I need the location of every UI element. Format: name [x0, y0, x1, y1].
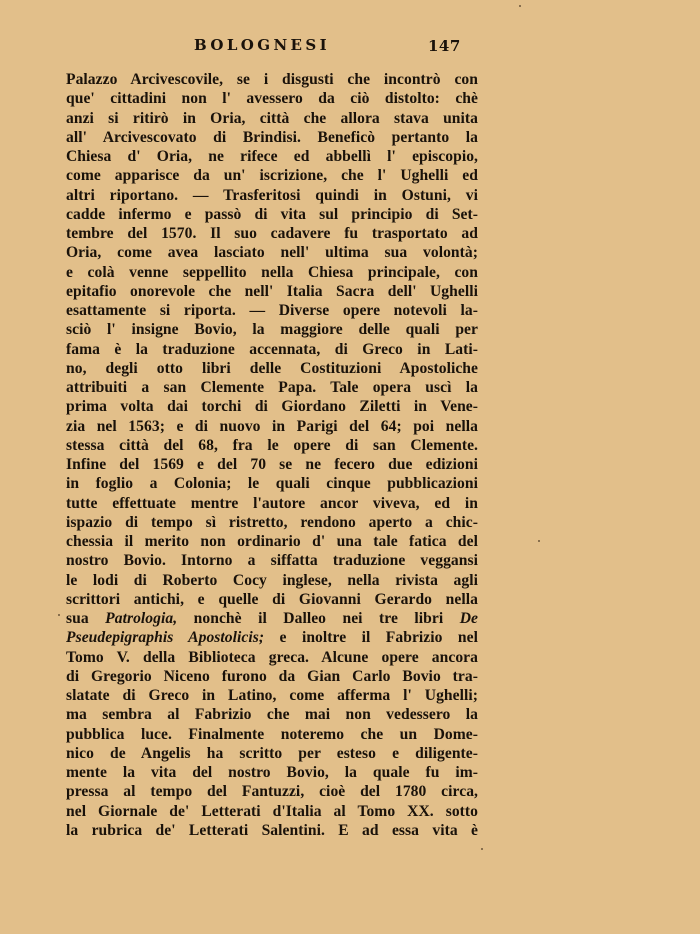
text-line-with-italics: sua Patrologia, nonchè il Dalleo nei tre…: [66, 609, 478, 628]
text-line: chessia il merito non ordinario d' una t…: [66, 532, 478, 551]
italic-title-pseudepigraphis: Pseudepigraphis Apostolicis;: [66, 629, 264, 646]
text-line: epitafio onorevole che nell' Italia Sacr…: [66, 282, 478, 301]
text-line: zia nel 1563; e di nuovo in Parigi del 6…: [66, 417, 478, 436]
paper-speck: [481, 848, 483, 850]
paper-speck: [519, 5, 521, 7]
text-line: pubblica luce. Finalmente noteremo che u…: [66, 725, 478, 744]
text-line: in foglio a Colonia; le quali cinque pub…: [66, 474, 478, 493]
text-line: scrittori antichi, e quelle di Giovanni …: [66, 590, 478, 609]
text-line: di Gregorio Niceno furono da Gian Carlo …: [66, 667, 478, 686]
text-line: nico de Angelis ha scritto per esteso e …: [66, 744, 478, 763]
text-line: Palazzo Arcivescovile, se i disgusti che…: [66, 70, 478, 89]
text-line: mente la vita del nostro Bovio, la quale…: [66, 763, 478, 782]
text-run: nonchè il Dalleo nei tre libri: [177, 610, 460, 627]
text-line: que' cittadini non l' avessero da ciò di…: [66, 89, 478, 108]
italic-title-patrologia: Patrologia,: [105, 610, 177, 627]
text-line: no, degli otto libri delle Costituzioni …: [66, 359, 478, 378]
text-line: attribuiti a san Clemente Papa. Tale ope…: [66, 378, 478, 397]
book-page: BOLOGNESI 147 Palazzo Arcivescovile, se …: [0, 0, 700, 934]
text-line: Tomo V. della Biblioteca greca. Alcune o…: [66, 648, 478, 667]
text-line: tutte effettuate mentre l'autore ancor v…: [66, 494, 478, 513]
text-line-with-italics: Pseudepigraphis Apostolicis; e inoltre i…: [66, 628, 478, 647]
text-line: la rubrica de' Letterati Salentini. E ad…: [66, 821, 478, 840]
text-line: Oria, come avea lasciato nell' ultima su…: [66, 243, 478, 262]
text-line: slatate di Greco in Latino, come afferma…: [66, 686, 478, 705]
text-line: Infine del 1569 e del 70 se ne fecero du…: [66, 455, 478, 474]
paper-speck: [58, 614, 60, 616]
text-line: nel Giornale de' Letterati d'Italia al T…: [66, 802, 478, 821]
text-line: le lodi di Roberto Cocy inglese, nella r…: [66, 571, 478, 590]
running-head: BOLOGNESI 147: [66, 36, 476, 60]
page-number: 147: [428, 37, 461, 55]
text-line: sciò l' insigne Bovio, la maggiore delle…: [66, 320, 478, 339]
text-line: ma sembra al Fabrizio che mai non vedess…: [66, 705, 478, 724]
paper-speck: [538, 540, 540, 542]
text-run: sua: [66, 610, 105, 627]
text-line: all' Arcivescovato di Brindisi. Beneficò…: [66, 128, 478, 147]
text-line: nostro Bovio. Intorno a siffatta traduzi…: [66, 551, 478, 570]
text-line: pressa al tempo del Fantuzzi, cioè del 1…: [66, 782, 478, 801]
text-line: cadde infermo e passò di vita sul princi…: [66, 205, 478, 224]
text-line: stessa città del 68, fra le opere di san…: [66, 436, 478, 455]
italic-title-de: De: [460, 610, 478, 627]
text-line: prima volta dai torchi di Giordano Zilet…: [66, 397, 478, 416]
text-line: Chiesa d' Oria, ne rifece ed abbellì l' …: [66, 147, 478, 166]
text-line: anzi si ritirò in Oria, città che allora…: [66, 109, 478, 128]
text-line: ispazio di tempo sì ristretto, rendono a…: [66, 513, 478, 532]
text-line: fama è la traduzione accennata, di Greco…: [66, 340, 478, 359]
text-line: altri riportano. — Trasferitosi quindi i…: [66, 186, 478, 205]
text-line: esattamente si riporta. — Diverse opere …: [66, 301, 478, 320]
text-line: tembre del 1570. Il suo cadavere fu tras…: [66, 224, 478, 243]
text-line: e colà venne seppellito nella Chiesa pri…: [66, 263, 478, 282]
text-line: come apparisce da un' iscrizione, che l'…: [66, 166, 478, 185]
running-title: BOLOGNESI: [194, 36, 330, 54]
body-text: Palazzo Arcivescovile, se i disgusti che…: [66, 70, 478, 840]
text-run: e inoltre il Fabrizio nel: [264, 629, 478, 646]
